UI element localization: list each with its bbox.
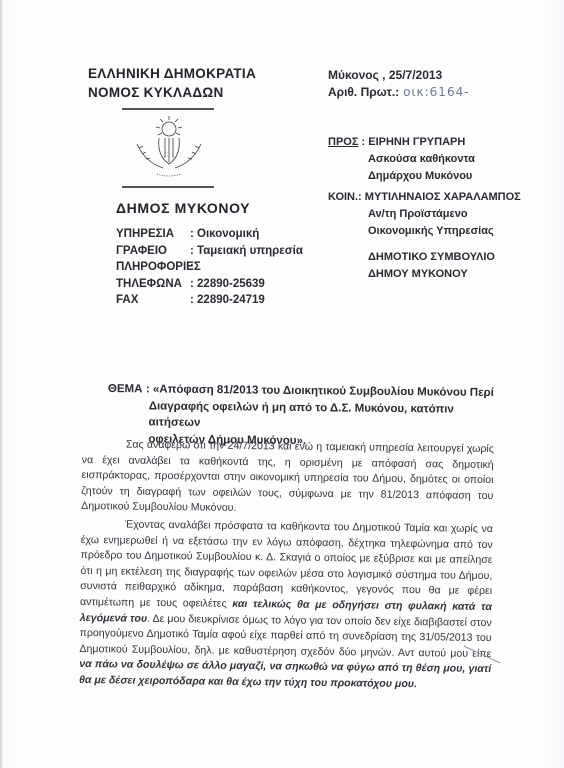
header-rule-top — [122, 108, 214, 110]
council-line-1: ΔΗΜΟΤΙΚΟ ΣΥΜΒΟΥΛΙΟ — [328, 249, 521, 266]
cc-name: ΜΥΤΙΛΗΝΑΙΟΣ ΧΑΡΑΛΑΜΠΟΣ — [362, 191, 521, 203]
protocol-number: οικ:6164- — [403, 85, 469, 99]
info-key: FAX — [116, 292, 186, 309]
recipients-block: ΠΡΟΣ : ΕΙΡΗΝΗ ΓΡΥΠΑΡΗ Ασκούσα καθήκοντα … — [328, 134, 521, 283]
info-key: ΤΗΛΕΦΩΝΑ — [116, 276, 186, 293]
date-protocol-block: Μύκονος , 25/7/2013 Αριθ. Πρωτ.:οικ:6164… — [328, 67, 470, 101]
page-edge-shadow — [0, 0, 2, 768]
to-name: : ΕΙΡΗΝΗ ΓΡΥΠΑΡΗ — [362, 136, 466, 148]
info-key: ΠΛΗΡΟΦΟΡΙΕΣ — [116, 259, 186, 276]
info-row: ΤΗΛΕΦΩΝΑ: 22890-25639 — [116, 276, 303, 293]
prefecture-name: ΝΟΜΟΣ ΚΥΚΛΑΔΩΝ — [88, 83, 256, 102]
cc-line: ΚΟΙΝ.: ΜΥΤΙΛΗΝΑΙΟΣ ΧΑΡΑΛΑΜΠΟΣ — [328, 189, 521, 206]
protocol-line: Αριθ. Πρωτ.:οικ:6164- — [328, 84, 470, 101]
lyre-sun-emblem-icon — [127, 112, 211, 180]
info-value: : Οικονομική — [186, 226, 259, 243]
info-row: ΥΠΗΡΕΣΙΑ: Οικονομική — [116, 226, 303, 243]
body-paragraph-1: Σας αναφέρω ότι την 24/7/2013 και ενώ η … — [81, 437, 494, 520]
info-value: : Ταμειακή υπηρεσία — [186, 243, 303, 260]
letter-body: Σας αναφέρω ότι την 24/7/2013 και ενώ η … — [79, 437, 494, 696]
contact-info-block: ΥΠΗΡΕΣΙΑ: Οικονομική ΓΡΑΦΕΙΟ: Ταμειακή υ… — [116, 226, 303, 309]
subject-label: ΘΕΜΑ — [108, 381, 146, 398]
info-key: ΥΠΗΡΕΣΙΑ — [116, 226, 186, 243]
to-line: ΠΡΟΣ : ΕΙΡΗΝΗ ΓΡΥΠΑΡΗ — [328, 134, 521, 151]
cc-label: ΚΟΙΝ.: — [328, 191, 362, 203]
info-key: ΓΡΑΦΕΙΟ — [116, 243, 186, 260]
protocol-label: Αριθ. Πρωτ.: — [328, 85, 399, 99]
municipality-name: ΔΗΜΟΣ ΜΥΚΟΝΟΥ — [116, 200, 250, 216]
info-value: : 22890-25639 — [186, 276, 265, 293]
header-rule-bottom — [122, 186, 214, 188]
info-value: : 22890-24719 — [186, 292, 265, 309]
info-row: FAX: 22890-24719 — [116, 292, 303, 309]
country-name: ΕΛΛΗΝΙΚΗ ΔΗΜΟΚΡΑΤΙΑ — [88, 64, 256, 83]
subject-line-2: Διαγραφής οφειλών ή μη από το Δ.Σ. Μυκόν… — [107, 397, 497, 434]
body-text: Έχοντας αναλάβει πρόσφατα τα καθήκοντα τ… — [80, 519, 493, 610]
subject-line-1: : «Απόφαση 81/2013 του Διοικητικού Συμβο… — [146, 383, 494, 399]
info-row: ΓΡΑΦΕΙΟ: Ταμειακή υπηρεσία — [116, 243, 303, 260]
body-emphasis: να πάω να δουλέψω σε άλλο μαγαζί, να σηκ… — [79, 658, 491, 690]
cc-role-2: Οικονομικής Υπηρεσίας — [328, 223, 521, 240]
issuer-header: ΕΛΛΗΝΙΚΗ ΔΗΜΟΚΡΑΤΙΑ ΝΟΜΟΣ ΚΥΚΛΑΔΩΝ — [88, 64, 256, 102]
info-row: ΠΛΗΡΟΦΟΡΙΕΣ: — [116, 259, 303, 276]
to-label: ΠΡΟΣ — [328, 136, 358, 148]
body-paragraph-2: Έχοντας αναλάβει πρόσφατα τα καθήκοντα τ… — [79, 517, 493, 694]
to-role-2: Δημάρχου Μυκόνου — [328, 168, 521, 185]
place-date: Μύκονος , 25/7/2013 — [328, 67, 470, 84]
info-value: : — [186, 259, 194, 276]
cc-role: Αν/τη Προϊστάμενο — [328, 206, 521, 223]
council-line-2: ΔΗΜΟΥ ΜΥΚΟΝΟΥ — [328, 266, 521, 283]
to-role: Ασκούσα καθήκοντα — [328, 151, 521, 168]
